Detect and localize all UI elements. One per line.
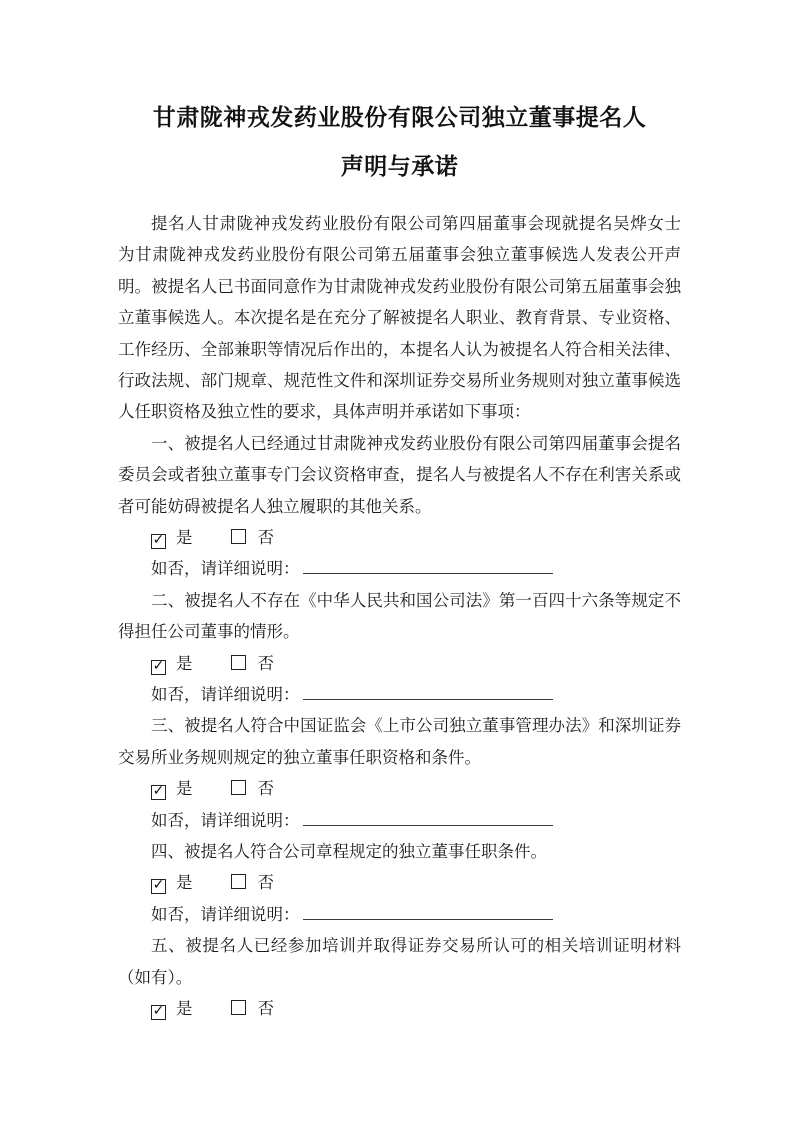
- text-line: 人任职资格及独立性的要求，具体声明并承诺如下事项：: [118, 396, 681, 427]
- checkbox-row: ✓是否: [118, 773, 681, 804]
- checkbox-row: ✓是否: [118, 993, 681, 1024]
- no-checkbox-icon: [231, 655, 246, 670]
- text-line: 五、被提名人已经参加培训并取得证券交易所认可的相关培训证明材料: [118, 930, 681, 961]
- text-line: 工作经历、全部兼职等情况后作出的，本提名人认为被提名人符合相关法律、: [118, 334, 681, 365]
- yes-checkbox-icon: ✓: [151, 660, 166, 675]
- items-container: 一、被提名人已经通过甘肃陇神戎发药业股份有限公司第四届董事会提名委员会或者独立董…: [118, 428, 681, 1025]
- text-line: 者可能妨碍被提名人独立履职的其他关系。: [118, 491, 681, 522]
- no-label: 否: [258, 654, 275, 673]
- yes-checkbox-icon: ✓: [151, 1005, 166, 1020]
- declaration-item: 五、被提名人已经参加培训并取得证券交易所认可的相关培训证明材料（如有）。 ✓是否: [118, 930, 681, 1024]
- text-line: 四、被提名人符合公司章程规定的独立董事任职条件。: [118, 836, 681, 867]
- text-line: 提名人甘肃陇神戎发药业股份有限公司第四届董事会现就提名吴烨女士: [118, 208, 681, 239]
- text-line: 明。被提名人已书面同意作为甘肃陇神戎发药业股份有限公司第五届董事会独: [118, 271, 681, 302]
- text-line: 行政法规、部门规章、规范性文件和深圳证券交易所业务规则对独立董事候选: [118, 365, 681, 396]
- declaration-item: 二、被提名人不存在《中华人民共和国公司法》第一百四十六条等规定不得担任公司董事的…: [118, 585, 681, 711]
- item-text: 一、被提名人已经通过甘肃陇神戎发药业股份有限公司第四届董事会提名委员会或者独立董…: [118, 428, 681, 522]
- declaration-item: 三、被提名人符合中国证监会《上市公司独立董事管理办法》和深圳证券交易所业务规则规…: [118, 710, 681, 836]
- item-text: 三、被提名人符合中国证监会《上市公司独立董事管理办法》和深圳证券交易所业务规则规…: [118, 710, 681, 773]
- declaration-item: 四、被提名人符合公司章程规定的独立董事任职条件。 ✓是否 如否，请详细说明：: [118, 836, 681, 930]
- detail-row: 如否，请详细说明：: [118, 553, 681, 584]
- checkbox-row: ✓是否: [118, 648, 681, 679]
- text-line: （如有）。: [118, 962, 681, 993]
- checkbox-row: ✓是否: [118, 522, 681, 553]
- yes-label: 是: [176, 654, 193, 673]
- detail-row: 如否，请详细说明：: [118, 899, 681, 930]
- intro-paragraph: 提名人甘肃陇神戎发药业股份有限公司第四届董事会现就提名吴烨女士为甘肃陇神戎发药业…: [118, 208, 681, 428]
- no-checkbox-icon: [231, 529, 246, 544]
- detail-prompt-label: 如否，请详细说明：: [151, 905, 300, 924]
- no-label: 否: [258, 999, 275, 1018]
- yes-checkbox-icon: ✓: [151, 534, 166, 549]
- yes-label: 是: [176, 779, 193, 798]
- blank-underline: [303, 558, 553, 574]
- detail-prompt-label: 如否，请详细说明：: [151, 811, 300, 830]
- document-title-line2: 声明与承诺: [118, 152, 681, 181]
- detail-prompt-label: 如否，请详细说明：: [151, 685, 300, 704]
- text-line: 得担任公司董事的情形。: [118, 616, 681, 647]
- no-checkbox-icon: [231, 1000, 246, 1015]
- item-text: 二、被提名人不存在《中华人民共和国公司法》第一百四十六条等规定不得担任公司董事的…: [118, 585, 681, 648]
- no-label: 否: [258, 528, 275, 547]
- detail-prompt-label: 如否，请详细说明：: [151, 559, 300, 578]
- blank-underline: [303, 810, 553, 826]
- text-line: 一、被提名人已经通过甘肃陇神戎发药业股份有限公司第四届董事会提名: [118, 428, 681, 459]
- text-line: 委员会或者独立董事专门会议资格审查，提名人与被提名人不存在利害关系或: [118, 459, 681, 490]
- detail-row: 如否，请详细说明：: [118, 679, 681, 710]
- text-line: 交易所业务规则规定的独立董事任职资格和条件。: [118, 742, 681, 773]
- no-label: 否: [258, 873, 275, 892]
- item-text: 五、被提名人已经参加培训并取得证券交易所认可的相关培训证明材料（如有）。: [118, 930, 681, 993]
- yes-label: 是: [176, 873, 193, 892]
- checkbox-row: ✓是否: [118, 867, 681, 898]
- blank-underline: [303, 904, 553, 920]
- document-page: 甘肃陇神戎发药业股份有限公司独立董事提名人 声明与承诺 提名人甘肃陇神戎发药业股…: [0, 0, 793, 1122]
- no-label: 否: [258, 779, 275, 798]
- text-line: 为甘肃陇神戎发药业股份有限公司第五届董事会独立董事候选人发表公开声: [118, 239, 681, 270]
- text-line: 二、被提名人不存在《中华人民共和国公司法》第一百四十六条等规定不: [118, 585, 681, 616]
- item-text: 四、被提名人符合公司章程规定的独立董事任职条件。: [118, 836, 681, 867]
- blank-underline: [303, 684, 553, 700]
- yes-label: 是: [176, 999, 193, 1018]
- no-checkbox-icon: [231, 874, 246, 889]
- yes-checkbox-icon: ✓: [151, 879, 166, 894]
- no-checkbox-icon: [231, 780, 246, 795]
- text-line: 三、被提名人符合中国证监会《上市公司独立董事管理办法》和深圳证券: [118, 710, 681, 741]
- document-title-line1: 甘肃陇神戎发药业股份有限公司独立董事提名人: [118, 103, 681, 132]
- text-line: 立董事候选人。本次提名是在充分了解被提名人职业、教育背景、专业资格、: [118, 302, 681, 333]
- declaration-item: 一、被提名人已经通过甘肃陇神戎发药业股份有限公司第四届董事会提名委员会或者独立董…: [118, 428, 681, 585]
- detail-row: 如否，请详细说明：: [118, 805, 681, 836]
- yes-label: 是: [176, 528, 193, 547]
- yes-checkbox-icon: ✓: [151, 785, 166, 800]
